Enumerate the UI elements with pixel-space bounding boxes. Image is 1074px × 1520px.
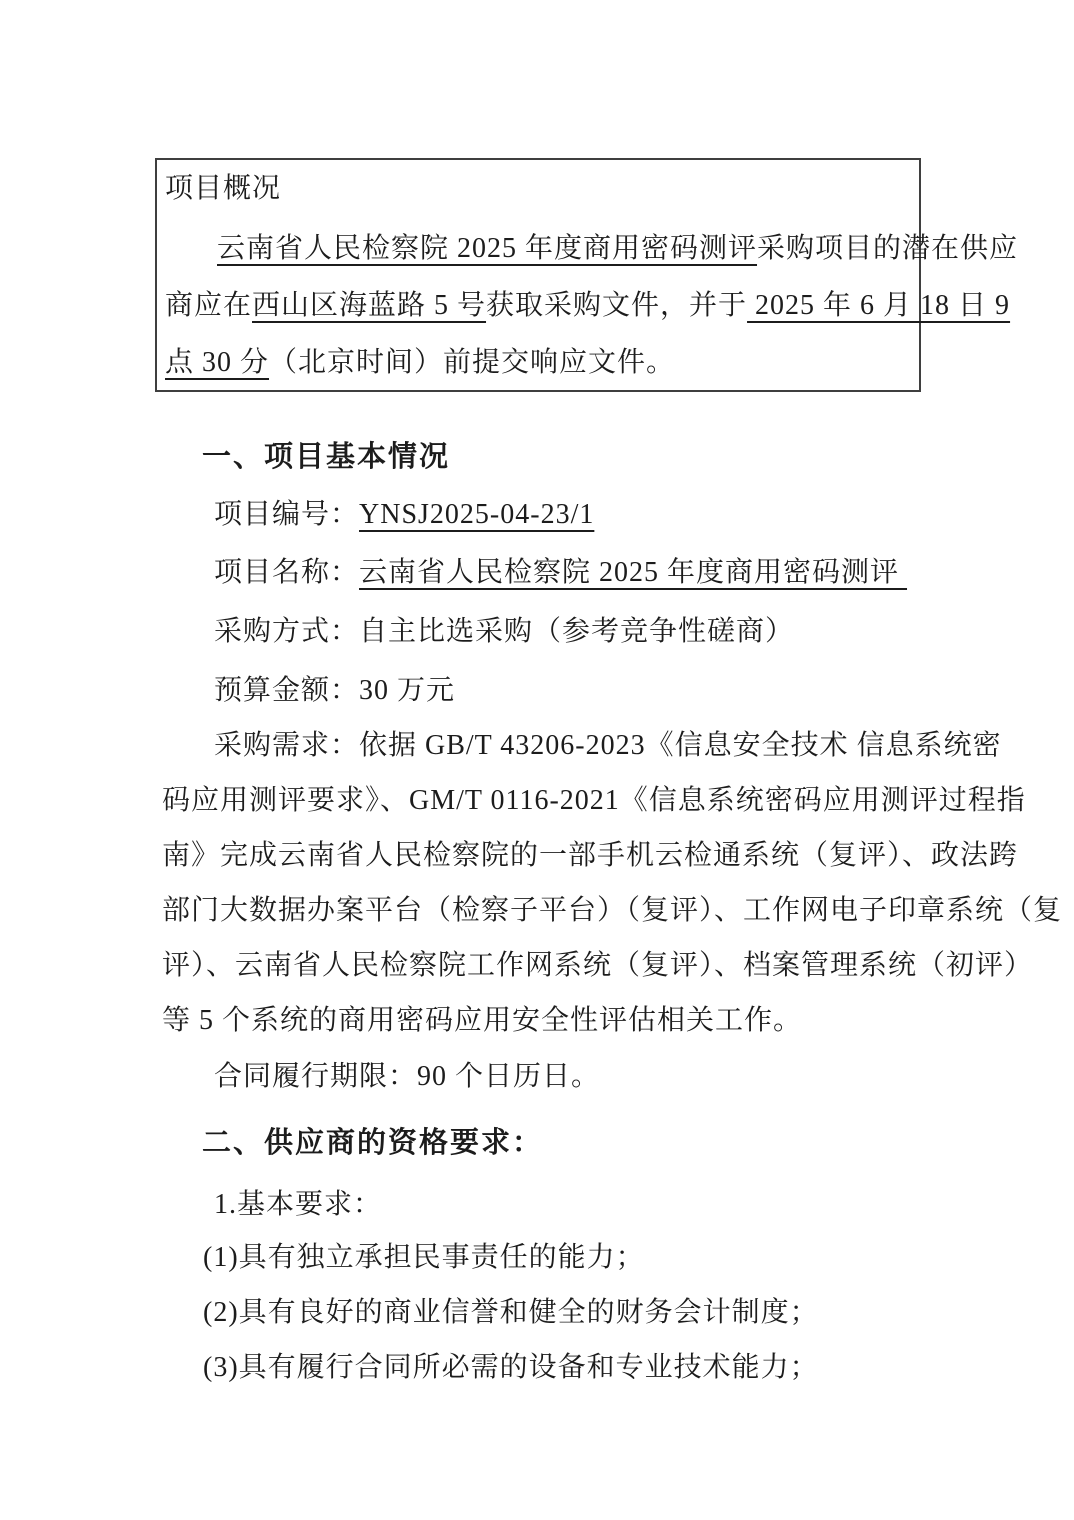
overview-line1-rest: 采购项目的潜在供应: [757, 233, 1018, 264]
deadline-date-underlined: 2025 年 6 月 18 日 9: [747, 290, 1010, 321]
budget-line: 预算金额：30 万元: [162, 674, 996, 708]
demand-paragraph-line: 评）、云南省人民检察院工作网系统（复评）、档案管理系统（初评）: [162, 949, 944, 983]
contract-period-line: 合同履行期限：90 个日历日。: [162, 1060, 996, 1094]
overview-line2-pre: 商应在: [165, 290, 252, 321]
overview-title-text: 项目概况: [165, 173, 281, 204]
procurement-method-value: 自主比选采购（参考竞争性磋商）: [359, 616, 794, 647]
deadline-time-underlined: 点 30 分: [165, 347, 269, 378]
demand-paragraph-line: 部门大数据办案平台（检察子平台）（复评）、工作网电子印章系统（复: [162, 894, 944, 928]
basic-requirements-subheading: 1.基本要求：: [162, 1188, 996, 1222]
overview-paragraph-line-1: 云南省人民检察院 2025 年度商用密码测评采购项目的潜在供应: [165, 232, 965, 266]
section2-heading: 二、供应商的资格要求：: [162, 1126, 984, 1160]
project-overview-box: 项目概况 云南省人民检察院 2025 年度商用密码测评采购项目的潜在供应 商应在…: [155, 158, 921, 392]
project-name-value: 云南省人民检察院 2025 年度商用密码测评: [359, 557, 907, 588]
requirement-item: (1)具有独立承担民事责任的能力；: [162, 1241, 985, 1275]
requirement-item: (3)具有履行合同所必需的设备和专业技术能力；: [162, 1351, 985, 1385]
project-name-underlined: 云南省人民检察院 2025 年度商用密码测评: [217, 233, 757, 264]
address-underlined: 西山区海蓝路 5 号: [252, 290, 486, 321]
project-number-line: 项目编号：YNSJ2025-04-23/1: [162, 498, 996, 532]
budget-value: 30 万元: [359, 675, 455, 706]
demand-paragraph-line: 码应用测评要求》、GM/T 0116-2021《信息系统密码应用测评过程指: [162, 784, 944, 818]
project-number-label: 项目编号：: [214, 499, 359, 530]
procurement-method-line: 采购方式：自主比选采购（参考竞争性磋商）: [162, 615, 996, 649]
section1-heading: 一、项目基本情况: [162, 440, 984, 474]
document-page: 项目概况 云南省人民检察院 2025 年度商用密码测评采购项目的潜在供应 商应在…: [0, 0, 1074, 1520]
demand-paragraph-line: 南》完成云南省人民检察院的一部手机云检通系统（复评）、政法跨: [162, 839, 944, 873]
overview-line3-rest: （北京时间）前提交响应文件。: [269, 347, 675, 378]
overview-line2-mid: 获取采购文件，并于: [486, 290, 747, 321]
project-number-value: YNSJ2025-04-23/1: [359, 499, 594, 530]
requirement-item: (2)具有良好的商业信誉和健全的财务会计制度；: [162, 1296, 985, 1330]
demand-paragraph-line: 采购需求：依据 GB/T 43206-2023《信息安全技术 信息系统密: [162, 729, 996, 763]
overview-box-title: 项目概况: [165, 172, 913, 206]
budget-label: 预算金额：: [214, 675, 359, 706]
project-name-label: 项目名称：: [214, 557, 359, 588]
demand-paragraph-line: 等 5 个系统的商用密码应用安全性评估相关工作。: [162, 1004, 944, 1038]
project-name-line: 项目名称：云南省人民检察院 2025 年度商用密码测评: [162, 556, 996, 590]
overview-paragraph-line-3: 点 30 分（北京时间）前提交响应文件。: [165, 346, 913, 380]
procurement-method-label: 采购方式：: [214, 616, 359, 647]
overview-paragraph-line-2: 商应在西山区海蓝路 5 号获取采购文件，并于 2025 年 6 月 18 日 9: [165, 289, 913, 323]
